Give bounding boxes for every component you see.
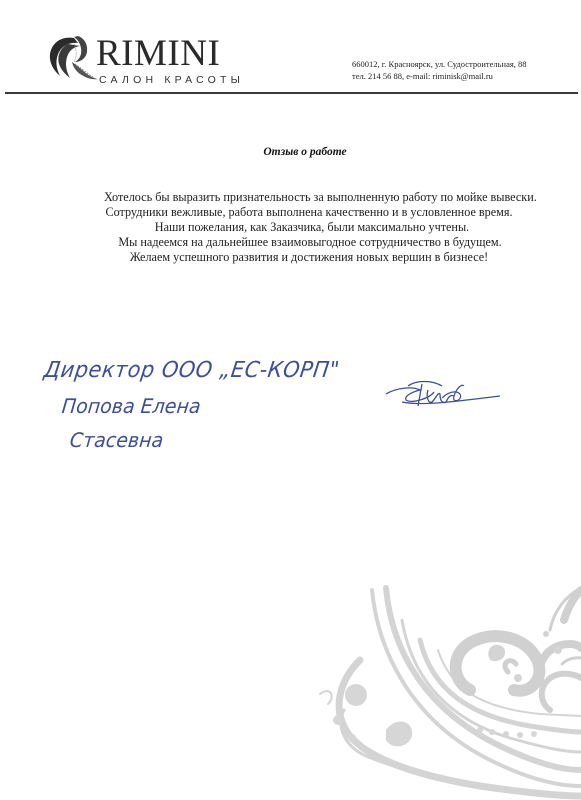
body-paragraph: Хотелось бы выразить признательность за … <box>104 190 530 205</box>
swirl-r-icon <box>44 32 98 84</box>
handwritten-position: Директор ООО „ЕС-КОРП" <box>42 358 341 383</box>
document-title: Отзыв о работе <box>0 146 581 158</box>
document-body: Хотелось бы выразить признательность за … <box>86 190 530 265</box>
body-paragraph: Сотрудники вежливые, работа выполнена ка… <box>88 205 530 220</box>
signature-icon <box>382 372 502 418</box>
brand-name: RIMINI <box>96 34 220 74</box>
body-paragraph: Наши пожелания, как Заказчика, были макс… <box>94 220 530 235</box>
company-address: 660012, г. Красноярск, ул. Судостроитель… <box>352 58 527 70</box>
header-divider <box>5 92 578 94</box>
floral-swirl-ornament-icon <box>300 560 581 800</box>
letter-page: RIMINI САЛОН КРАСОТЫ 660012, г. Краснояр… <box>0 0 581 800</box>
handwritten-name: Попова Елена <box>61 394 202 418</box>
brand-tagline: САЛОН КРАСОТЫ <box>99 74 244 86</box>
handwritten-patronymic: Стасевна <box>69 428 165 452</box>
body-paragraph: Желаем успешного развития и достижения н… <box>88 250 530 265</box>
body-paragraph: Мы надеемся на дальнейшее взаимовыгодное… <box>90 235 530 250</box>
brand-logo: RIMINI САЛОН КРАСОТЫ <box>38 30 248 90</box>
company-phone-email: тел. 214 56 88, e-mail: riminisk@mail.ru <box>352 70 527 82</box>
company-contacts: 660012, г. Красноярск, ул. Судостроитель… <box>352 58 527 82</box>
